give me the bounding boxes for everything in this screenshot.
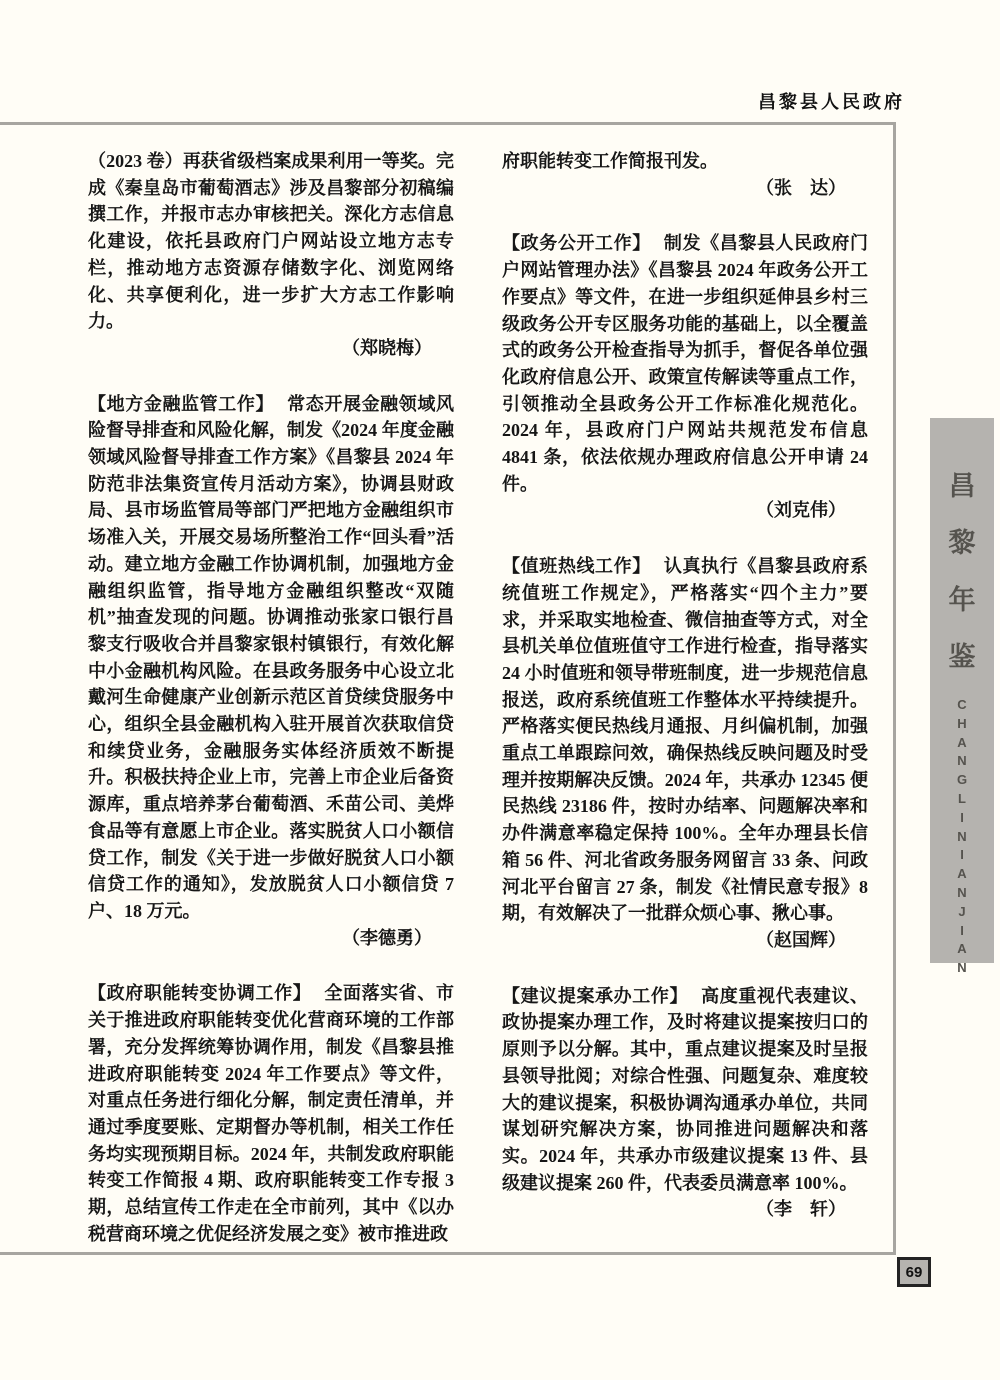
sidebar-romanized-letter: C (957, 696, 966, 715)
entry-heading: 【建议提案承办工作】 (502, 986, 688, 1006)
entry: 【建议提案承办工作】高度重视代表建议、政协提案办理工作，及时将建议提案按归口的原… (502, 983, 868, 1223)
entry-signature: （张 达） (502, 175, 868, 202)
right-text-column: 府职能转变工作简报刊发。（张 达）【政务公开工作】制发《昌黎县人民政府门户网站管… (502, 148, 868, 1223)
entry-text: 【建议提案承办工作】高度重视代表建议、政协提案办理工作，及时将建议提案按归口的原… (502, 983, 868, 1197)
page-number: 69 (906, 1264, 923, 1281)
sidebar-romanized-letter: A (957, 865, 966, 884)
sidebar-romanized-letter: I (960, 922, 964, 941)
sidebar-romanized-letter: N (957, 959, 966, 978)
sidebar-romanized-letter: N (957, 752, 966, 771)
sidebar-romanized-letter: G (957, 771, 967, 790)
sidebar-title-char: 年 (949, 578, 976, 617)
entry: 【地方金融监管工作】常态开展金融领域风险督导排查和风险化解，制发《2024 年度… (88, 391, 454, 952)
left-text-column: （2023 卷）再获省级档案成果利用一等奖。完成《秦皇岛市葡萄酒志》涉及昌黎部分… (88, 148, 454, 1247)
sidebar-title-char: 昌 (949, 464, 976, 503)
entry: 【值班热线工作】认真执行《昌黎县政府系统值班工作规定》，严格落实“四个主力”要求… (502, 553, 868, 954)
entry-heading: 【地方金融监管工作】 (88, 394, 274, 414)
entry-text: 【政务公开工作】制发《昌黎县人民政府门户网站管理办法》《昌黎县 2024 年政务… (502, 230, 868, 497)
entry-signature: （赵国辉） (502, 927, 868, 954)
sidebar-romanized-letter: H (957, 715, 966, 734)
entry-heading: 【政务公开工作】 (502, 233, 651, 253)
entry-heading: 【值班热线工作】 (502, 556, 651, 576)
entry-signature: （李 轩） (502, 1196, 868, 1223)
entry-text: 【值班热线工作】认真执行《昌黎县政府系统值班工作规定》，严格落实“四个主力”要求… (502, 553, 868, 927)
sidebar-romanized-letter: A (957, 940, 966, 959)
entry: 【政府职能转变协调工作】全面落实省、市关于推进政府职能转变优化营商环境的工作部署… (88, 980, 454, 1247)
sidebar-romanized-letter: I (960, 809, 964, 828)
entry: （2023 卷）再获省级档案成果利用一等奖。完成《秦皇岛市葡萄酒志》涉及昌黎部分… (88, 148, 454, 362)
entry-text: 府职能转变工作简报刊发。 (502, 148, 868, 175)
entry: 【政务公开工作】制发《昌黎县人民政府门户网站管理办法》《昌黎县 2024 年政务… (502, 230, 868, 524)
yearbook-page: 昌黎县人民政府 （2023 卷）再获省级档案成果利用一等奖。完成《秦皇岛市葡萄酒… (0, 0, 1000, 1380)
entry-heading: 【政府职能转变协调工作】 (88, 983, 311, 1003)
sidebar-title-char: 黎 (949, 521, 976, 560)
sidebar-romanized-letter: I (960, 846, 964, 865)
entry-text: 【地方金融监管工作】常态开展金融领域风险督导排查和风险化解，制发《2024 年度… (88, 391, 454, 925)
entry: 府职能转变工作简报刊发。（张 达） (502, 148, 868, 201)
sidebar-tab: 昌黎年鉴 CHANGLINIANJIAN (930, 418, 994, 963)
entry-signature: （刘克伟） (502, 497, 868, 524)
sidebar-romanized-letter: A (957, 734, 966, 753)
sidebar-romanized-letter: L (958, 790, 966, 809)
sidebar-title-chinese: 昌黎年鉴 (930, 464, 994, 674)
entry-text: （2023 卷）再获省级档案成果利用一等奖。完成《秦皇岛市葡萄酒志》涉及昌黎部分… (88, 148, 454, 335)
entry-text: 【政府职能转变协调工作】全面落实省、市关于推进政府职能转变优化营商环境的工作部署… (88, 980, 454, 1247)
sidebar-romanized-letter: N (957, 828, 966, 847)
running-head-title: 昌黎县人民政府 (758, 88, 905, 114)
entry-signature: （郑晓梅） (88, 335, 454, 362)
entry-signature: （李德勇） (88, 925, 454, 952)
sidebar-romanized-letter: J (958, 903, 965, 922)
sidebar-title-romanized: CHANGLINIANJIAN (930, 696, 994, 978)
page-number-badge: 69 (897, 1257, 931, 1287)
sidebar-title-char: 鉴 (949, 635, 976, 674)
sidebar-romanized-letter: N (957, 884, 966, 903)
